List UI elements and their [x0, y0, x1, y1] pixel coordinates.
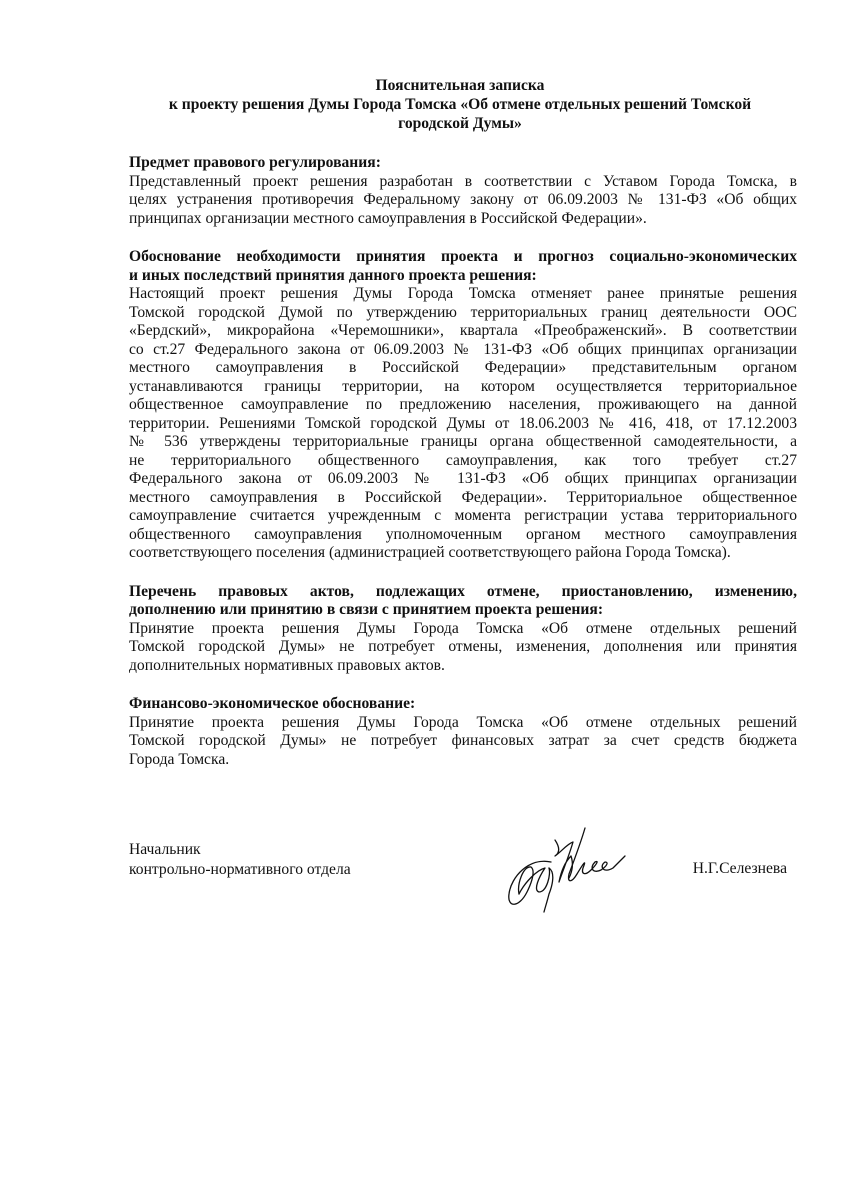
body-line: самоуправление считается учрежденным с м… [129, 507, 797, 526]
title-line: к проекту решения Думы Города Томска «Об… [123, 95, 797, 114]
heading-line: Предмет правового регулирования: [129, 154, 797, 173]
section-legal-acts-list: Перечень правовых актов, подлежащих отме… [129, 583, 797, 676]
section-justification: Обоснование необходимости принятия проек… [129, 248, 797, 563]
body-line: Города Томска. [129, 751, 797, 770]
body-line: Томской городской Думы» не потребует фин… [129, 732, 797, 751]
body-line: целях устранения противоречия Федерально… [129, 191, 797, 210]
section-heading: Предмет правового регулирования: [129, 154, 797, 173]
section-legal-subject: Предмет правового регулирования: Предста… [129, 154, 797, 228]
body-line: Принятие проекта решения Думы Города Том… [129, 620, 797, 639]
body-line: № 536 утверждены территориальные границы… [129, 433, 797, 452]
body-line: Представленный проект решения разработан… [129, 173, 797, 192]
section-body: Настоящий проект решения Думы Города Том… [129, 285, 797, 563]
section-heading: Обоснование необходимости принятия проек… [129, 248, 797, 285]
signature-icon [489, 822, 659, 922]
section-heading: Финансово-экономическое обоснование: [129, 695, 797, 714]
body-line: общественного самоуправления уполномочен… [129, 526, 797, 545]
body-line: Федерального закона от 06.09.2003 № 131-… [129, 470, 797, 489]
body-line: дополнительных нормативных правовых акто… [129, 657, 797, 676]
position-line: Начальник [129, 840, 351, 860]
signer-name: Н.Г.Селезнева [693, 859, 787, 879]
body-line: Настоящий проект решения Думы Города Том… [129, 285, 797, 304]
heading-line: и иных последствий принятия данного прое… [129, 267, 797, 286]
section-body: Принятие проекта решения Думы Города Том… [129, 714, 797, 770]
body-line: территории. Решениями Томской городской … [129, 415, 797, 434]
body-line: Томской городской Думой по утверждению т… [129, 304, 797, 323]
body-line: не территориального общественного самоуп… [129, 452, 797, 471]
body-line: местного самоуправления в Российской Фед… [129, 359, 797, 378]
body-line: соответствующего поселения (администраци… [129, 544, 797, 563]
document-title: Пояснительная записка к проекту решения … [123, 76, 797, 133]
body-line: принципах организации местного самоуправ… [129, 210, 797, 229]
body-line: общественное самоуправление по предложен… [129, 396, 797, 415]
section-body: Принятие проекта решения Думы Города Том… [129, 620, 797, 676]
body-line: со ст.27 Федерального закона от 06.09.20… [129, 341, 797, 360]
title-line: Пояснительная записка [123, 76, 797, 95]
document-page: Пояснительная записка к проекту решения … [129, 76, 797, 769]
heading-line: дополнению или принятию в связи с принят… [129, 601, 797, 620]
signer-position: Начальник контрольно-нормативного отдела [129, 840, 351, 880]
body-line: устанавливаются границы территории, на к… [129, 378, 797, 397]
signature-block: Начальник контрольно-нормативного отдела… [129, 840, 797, 920]
body-line: Томской городской Думы» не потребует отм… [129, 638, 797, 657]
section-body: Представленный проект решения разработан… [129, 173, 797, 229]
section-financial-justification: Финансово-экономическое обоснование: При… [129, 695, 797, 769]
heading-line: Перечень правовых актов, подлежащих отме… [129, 583, 797, 602]
heading-line: Обоснование необходимости принятия проек… [129, 248, 797, 267]
body-line: «Бердский», микрорайона «Черемошники», к… [129, 322, 797, 341]
body-line: Принятие проекта решения Думы Города Том… [129, 714, 797, 733]
title-line: городской Думы» [123, 114, 797, 133]
body-line: местного самоуправления в Российской Фед… [129, 489, 797, 508]
section-heading: Перечень правовых актов, подлежащих отме… [129, 583, 797, 620]
heading-line: Финансово-экономическое обоснование: [129, 695, 797, 714]
position-line: контрольно-нормативного отдела [129, 860, 351, 880]
